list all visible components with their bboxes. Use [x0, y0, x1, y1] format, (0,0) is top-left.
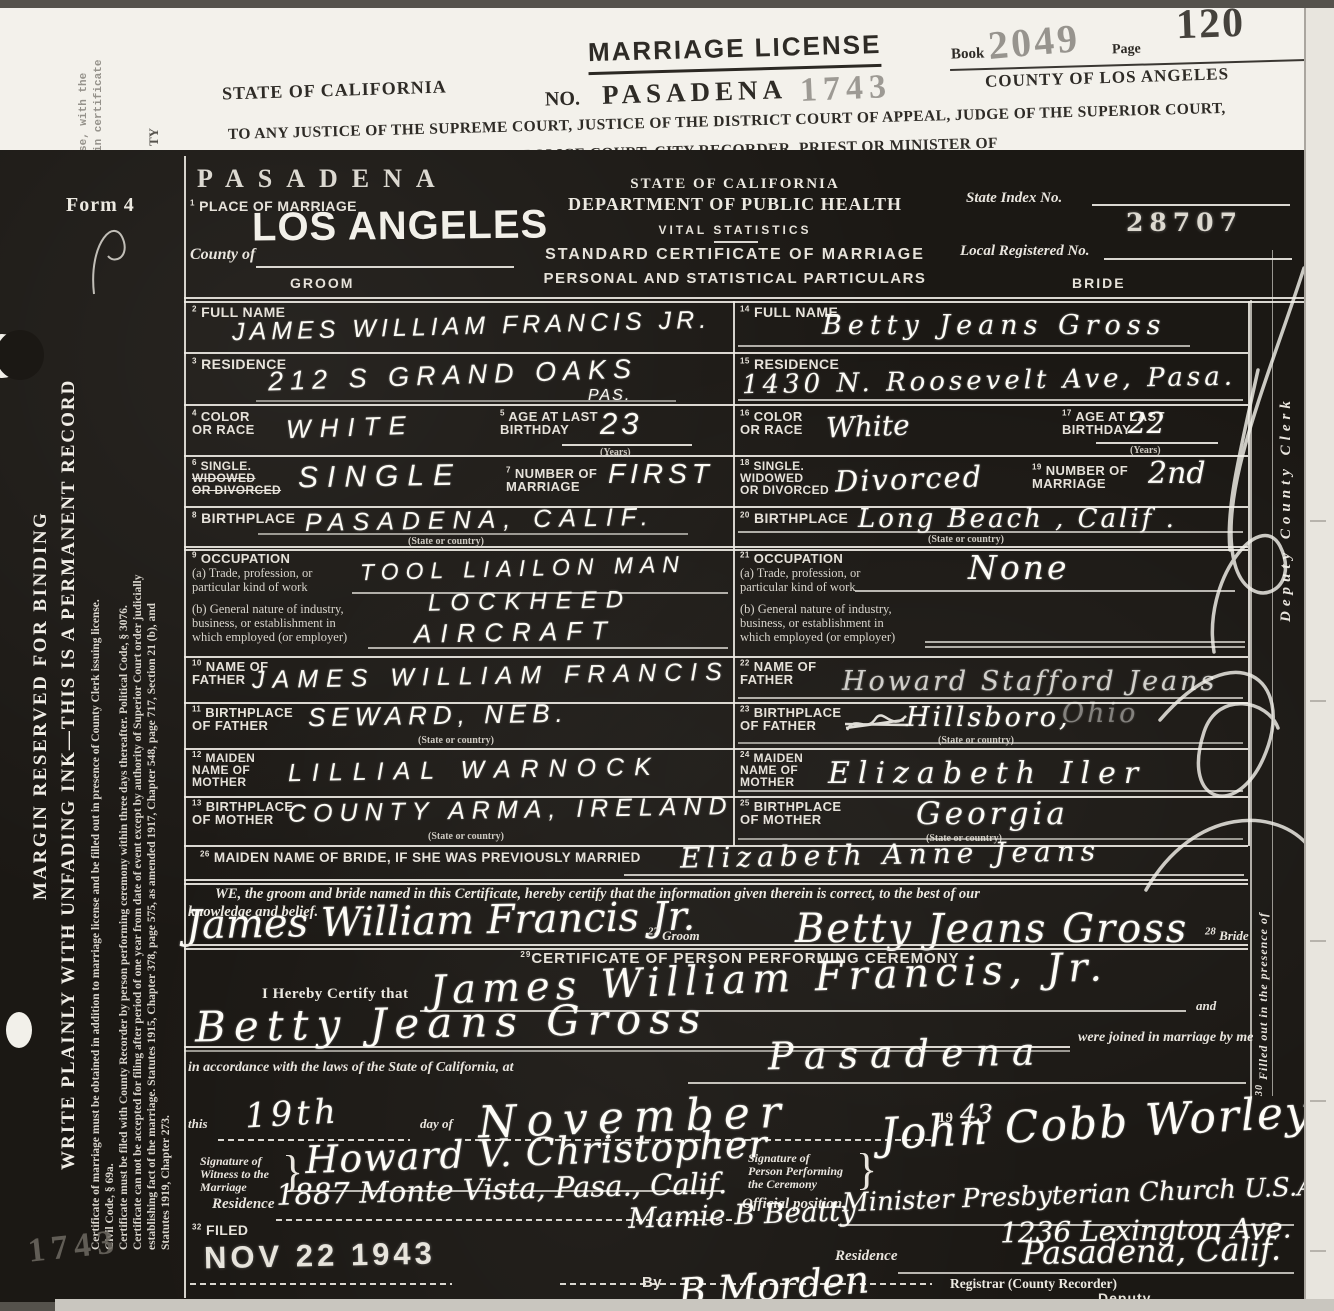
crossed-out-word: [842, 708, 912, 738]
ceremony-bride-name: Betty Jeans Gross: [195, 994, 709, 1052]
groom-employer-value-2: AIRCRAFT: [414, 615, 617, 650]
bride-mother-bp-value: Georgia: [916, 796, 1069, 832]
groom-signature-label: Groom: [662, 928, 700, 943]
bride-mother-label3: MOTHER: [740, 775, 794, 789]
groom-mother-label3: MOTHER: [192, 775, 246, 789]
field-number: 6: [192, 458, 197, 467]
page-number-stamp: 120: [1175, 0, 1246, 49]
field-number: 1: [190, 198, 195, 207]
groom-father-bp-label2: OF FATHER: [192, 718, 268, 733]
field-number: 27: [648, 926, 659, 938]
bride-marriage-number-label2: MARRIAGE: [1032, 476, 1106, 491]
bride-mother-value: Elizabeth Iler: [828, 756, 1146, 791]
field-number: 17: [1062, 409, 1072, 418]
bride-father-bp-value: Hillsboro,: [906, 702, 1071, 733]
field-number: 10: [192, 659, 202, 668]
field-number: 23: [740, 705, 750, 714]
bride-occupation-b1: (b) General nature of industry,: [740, 602, 892, 617]
field-number: 22: [740, 659, 750, 668]
filled-out-in-presence-label: Filled out in the presence of: [1256, 912, 1270, 1080]
state-index-value: 28707: [1126, 208, 1243, 237]
groom-marital-label3: OR DIVORCED: [192, 483, 281, 497]
margin-note-2: Certificate must be filed with County Re…: [118, 605, 130, 1250]
groom-marriage-number-value: FIRST: [608, 458, 714, 490]
groom-occupation-a2: particular kind of work: [192, 580, 308, 595]
field-number: 16: [740, 409, 750, 418]
field-number: 32: [192, 1222, 202, 1231]
faint-edge-text: se, with the: [78, 73, 90, 152]
groom-mother-bp-label2: OF MOTHER: [192, 812, 274, 827]
bride-marital-label3: OR DIVORCED: [740, 483, 829, 497]
bride-full-name-value: Betty Jeans Gross: [822, 310, 1167, 341]
license-no-city: PASADENA: [602, 74, 788, 111]
license-no-stamp: 1743: [799, 68, 893, 110]
groom-occupation-b3: which employed (or employer): [192, 630, 347, 645]
book-label: Book: [951, 46, 985, 64]
performer-residence-value: Pasadena, Calif.: [1022, 1230, 1282, 1273]
page-label: Page: [1112, 42, 1141, 59]
clerk-signature-flourish: [1118, 250, 1318, 930]
groom-father-bp-value: SEWARD, NEB.: [308, 698, 569, 734]
field-number: 15: [740, 356, 750, 365]
bride-occupation-a1: (a) Trade, profession, or: [740, 566, 860, 581]
maiden-name-of-bride-label: MAIDEN NAME OF BRIDE, IF SHE WAS PREVIOU…: [214, 850, 641, 865]
scan-right-edge: [1304, 8, 1334, 1311]
header-particulars: PERSONAL AND STATISTICAL PARTICULARS: [520, 272, 950, 285]
state-or-country-caption: (State or country): [408, 536, 484, 547]
performer-label-3: the Ceremony: [748, 1177, 817, 1191]
faint-edge-text: in certificate: [93, 60, 105, 152]
bride-occupation-b2: business, or establishment in: [740, 616, 884, 631]
field-number: 26: [200, 850, 210, 859]
faint-edge-fragment: TY: [146, 128, 162, 146]
book-number-stamp: 2049: [986, 14, 1082, 69]
bride-race-value: White: [825, 409, 910, 445]
county-of-label: County of: [190, 246, 255, 264]
bride-occupation-b3: which employed (or employer): [740, 630, 895, 645]
field-number: 7: [506, 466, 511, 475]
bride-signature-label: Bride: [1219, 928, 1249, 943]
groom-employer-value-1: LOCKHEED: [428, 586, 633, 618]
bride-race-label2: OR RACE: [740, 422, 803, 437]
groom-occupation-label: OCCUPATION: [201, 551, 290, 566]
day-of-label: day of: [420, 1116, 453, 1132]
groom-birthplace-label: BIRTHPLACE: [201, 510, 295, 526]
joined-in-marriage-label: were joined in marriage by me: [1078, 1030, 1253, 1046]
bride-marital-value: Divorced: [834, 459, 983, 498]
field-number: 8: [192, 510, 197, 519]
field-number: 5: [500, 409, 505, 418]
bride-birthplace-label: BIRTHPLACE: [754, 510, 848, 526]
state-index-label: State Index No.: [966, 190, 1062, 207]
witness-residence-label: Residence: [212, 1196, 274, 1213]
field-number: 19: [1032, 463, 1042, 472]
groom-signature: James William Francis Jr.: [186, 894, 696, 949]
scanned-marriage-certificate: se, with the in certificate TY MARRIAGE …: [0, 0, 1334, 1311]
field-number: 14: [740, 304, 750, 313]
margin-note-3a: Certificate can not be accepted for fili…: [132, 574, 144, 1250]
groom-occupation-b2: business, or establishment in: [192, 616, 336, 631]
witness-label-2: Witness to the: [200, 1167, 269, 1181]
margin-note-3c: Statutes 1919, Chapter 273.: [160, 1115, 172, 1250]
groom-marital-value: SINGLE: [298, 459, 463, 496]
pen-mark: [86, 212, 146, 302]
bride-father-bp-label2: OF FATHER: [740, 718, 816, 733]
groom-occupation-a1: (a) Trade, profession, or: [192, 566, 312, 581]
header-standard-cert: STANDARD CERTIFICATE OF MARRIAGE: [520, 248, 950, 261]
this-label: this: [188, 1116, 208, 1132]
field-number: 25: [740, 799, 750, 808]
field-number: 18: [740, 458, 750, 467]
field-number: 4: [192, 409, 197, 418]
state-or-country-caption: (State or country): [428, 831, 504, 842]
groom-column-heading: GROOM: [290, 277, 354, 290]
filed-label: FILED: [206, 1222, 248, 1238]
witness-label-1: Signature of: [200, 1154, 262, 1168]
scan-bottom-edge: [55, 1299, 1334, 1311]
filed-date-stamp: NOV 22 1943: [204, 1236, 437, 1277]
groom-residence-city: PAS.: [588, 387, 631, 405]
ceremony-place-value: Pasadena: [768, 1030, 1047, 1079]
field-number: 11: [192, 705, 201, 714]
state-or-country-caption: (State or country): [418, 735, 494, 746]
ceremony-day-value: 19th: [244, 1092, 341, 1137]
accordance-label: in accordance with the laws of the State…: [188, 1060, 514, 1076]
header-vital: VITAL STATISTICS: [520, 224, 950, 237]
field-number: 2: [192, 304, 197, 313]
place-of-marriage-stamp: PASADENA: [197, 164, 449, 194]
county-stamp: LOS ANGELES: [252, 202, 549, 250]
registrar-label: Registrar (County Recorder): [950, 1276, 1117, 1292]
license-no-label: NO.: [545, 87, 581, 111]
margin-permanent-text: WRITE PLAINLY WITH UNFADING INK—THIS IS …: [58, 379, 80, 1170]
groom-age-value: 23: [600, 406, 642, 442]
field-number: 12: [192, 750, 202, 759]
years-caption: (Years): [600, 447, 631, 458]
margin-note-1: Certificate of marriage must be obtained…: [90, 599, 102, 1250]
field-number: 24: [740, 750, 750, 759]
binding-margin-divider: [184, 156, 186, 1298]
header-state: STATE OF CALIFORNIA: [520, 176, 950, 193]
groom-father-label2: FATHER: [192, 672, 245, 687]
groom-marriage-number-label2: MARRIAGE: [506, 479, 580, 494]
groom-race-label2: OR RACE: [192, 422, 255, 437]
field-number: 20: [740, 510, 750, 519]
state-or-country-caption: (State or country): [928, 534, 1004, 545]
header-dept: DEPARTMENT OF PUBLIC HEALTH: [520, 194, 950, 215]
field-number: 21: [740, 551, 750, 560]
field-number: 29: [520, 950, 531, 959]
bride-occupation-a-value: None: [968, 548, 1070, 587]
local-registered-label: Local Registered No.: [960, 243, 1090, 260]
margin-note-3b: establishing fact of the marriage. Statu…: [146, 603, 158, 1250]
by-label: By: [642, 1276, 662, 1289]
margin-binding-text: MARGIN RESERVED FOR BINDING: [30, 511, 52, 900]
field-number: 9: [192, 551, 197, 560]
field-number: 3: [192, 356, 197, 365]
field-number: 13: [192, 799, 202, 808]
witness-label-3: Marriage: [200, 1180, 247, 1194]
groom-age-label2: BIRTHDAY: [500, 422, 569, 437]
bride-occupation-label: OCCUPATION: [754, 551, 843, 566]
groom-occupation-b1: (b) General nature of industry,: [192, 602, 344, 617]
groom-race-value: WHITE: [285, 410, 415, 445]
and-word: and: [1196, 998, 1216, 1014]
bride-father-label2: FATHER: [740, 672, 793, 687]
bride-occupation-a2: particular kind of work: [740, 580, 856, 595]
bride-mother-bp-label2: OF MOTHER: [740, 812, 822, 827]
state-or-country-caption: (State or country): [938, 735, 1014, 746]
